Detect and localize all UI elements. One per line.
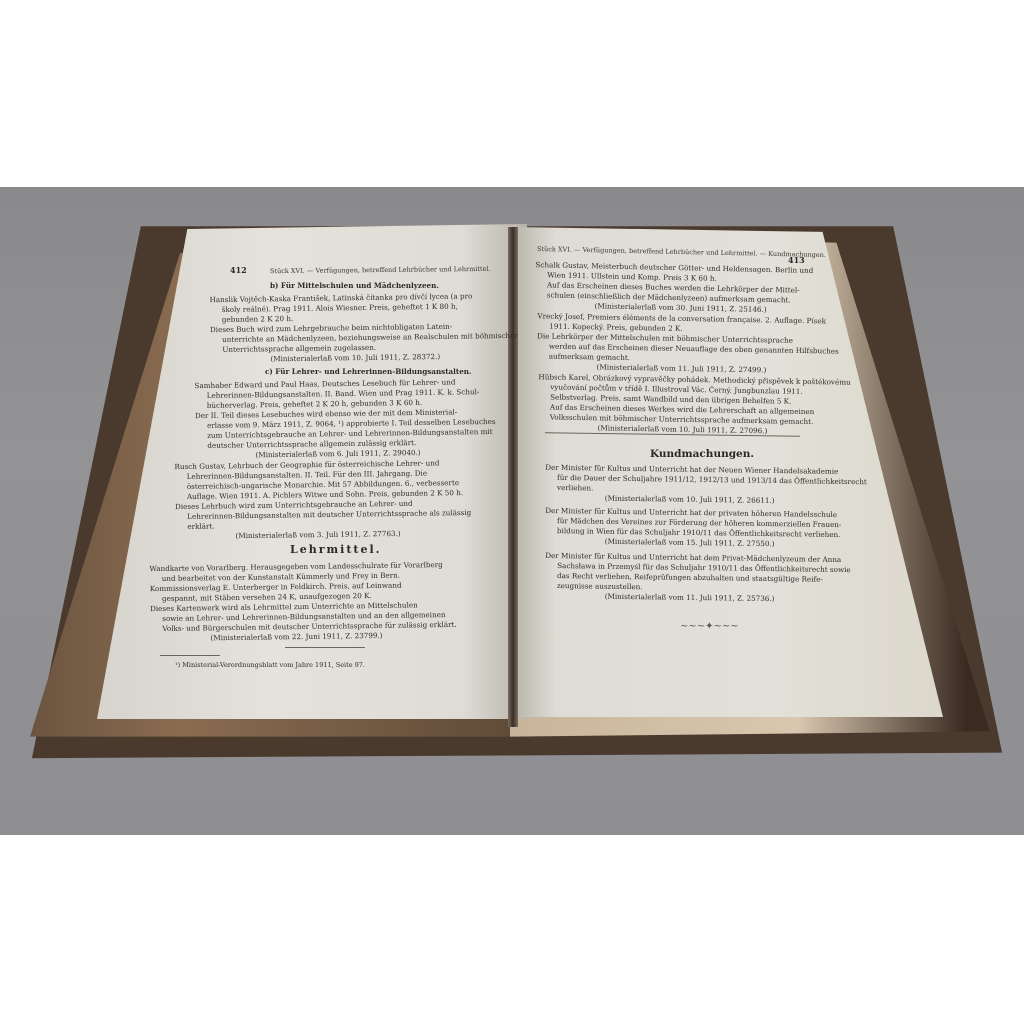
- notice-1: Der Minister für Kultus und Unterricht h…: [545, 463, 867, 507]
- left-entry-1: Hanslik Vojtěch-Kaska František, Latinsk…: [210, 291, 519, 365]
- left-entry-3: Rusch Gustav, Lehrbuch der Geographie fü…: [174, 458, 471, 542]
- notice-2: Der Minister für Kultus und Unterricht h…: [545, 506, 842, 550]
- heading-lehrmittel: Lehrmittel.: [290, 545, 382, 555]
- ornament-divider: ~~~✦~~~: [680, 621, 739, 632]
- left-entry-2: Samhaber Edward und Paul Haas, Deutsches…: [194, 377, 496, 461]
- left-page-number: 412: [230, 265, 247, 275]
- right-page-number: 413: [788, 255, 805, 265]
- right-entry-1: Schalk Gustav, Meisterbuch deutscher Göt…: [535, 260, 814, 316]
- left-entry-4: Wandkarte von Vorarlberg. Herausgegeben …: [149, 560, 456, 644]
- left-section-c: c) Für Lehrer- und Lehrerinnen-Bildungsa…: [265, 367, 472, 377]
- left-section-b: b) Für Mittelschulen und Mädchenlyzeen.: [270, 281, 439, 291]
- left-end-rule: [285, 647, 365, 648]
- footnote: ¹) Ministerial-Verordnungsblatt vom Jahr…: [175, 660, 365, 670]
- footnote-rule: [160, 655, 220, 656]
- notice-3: Der Minister für Kultus und Unterricht h…: [545, 551, 851, 605]
- heading-kundmachungen: Kundmachungen.: [650, 449, 754, 459]
- right-entry-3: Hübsch Karel, Obrázkový vypravěčky pohád…: [538, 372, 851, 437]
- right-entry-2: Vrecký Josef, Premiers éléments de la co…: [536, 311, 839, 376]
- photograph: 412 Stück XVI. — Verfügungen, betreffend…: [0, 187, 1024, 835]
